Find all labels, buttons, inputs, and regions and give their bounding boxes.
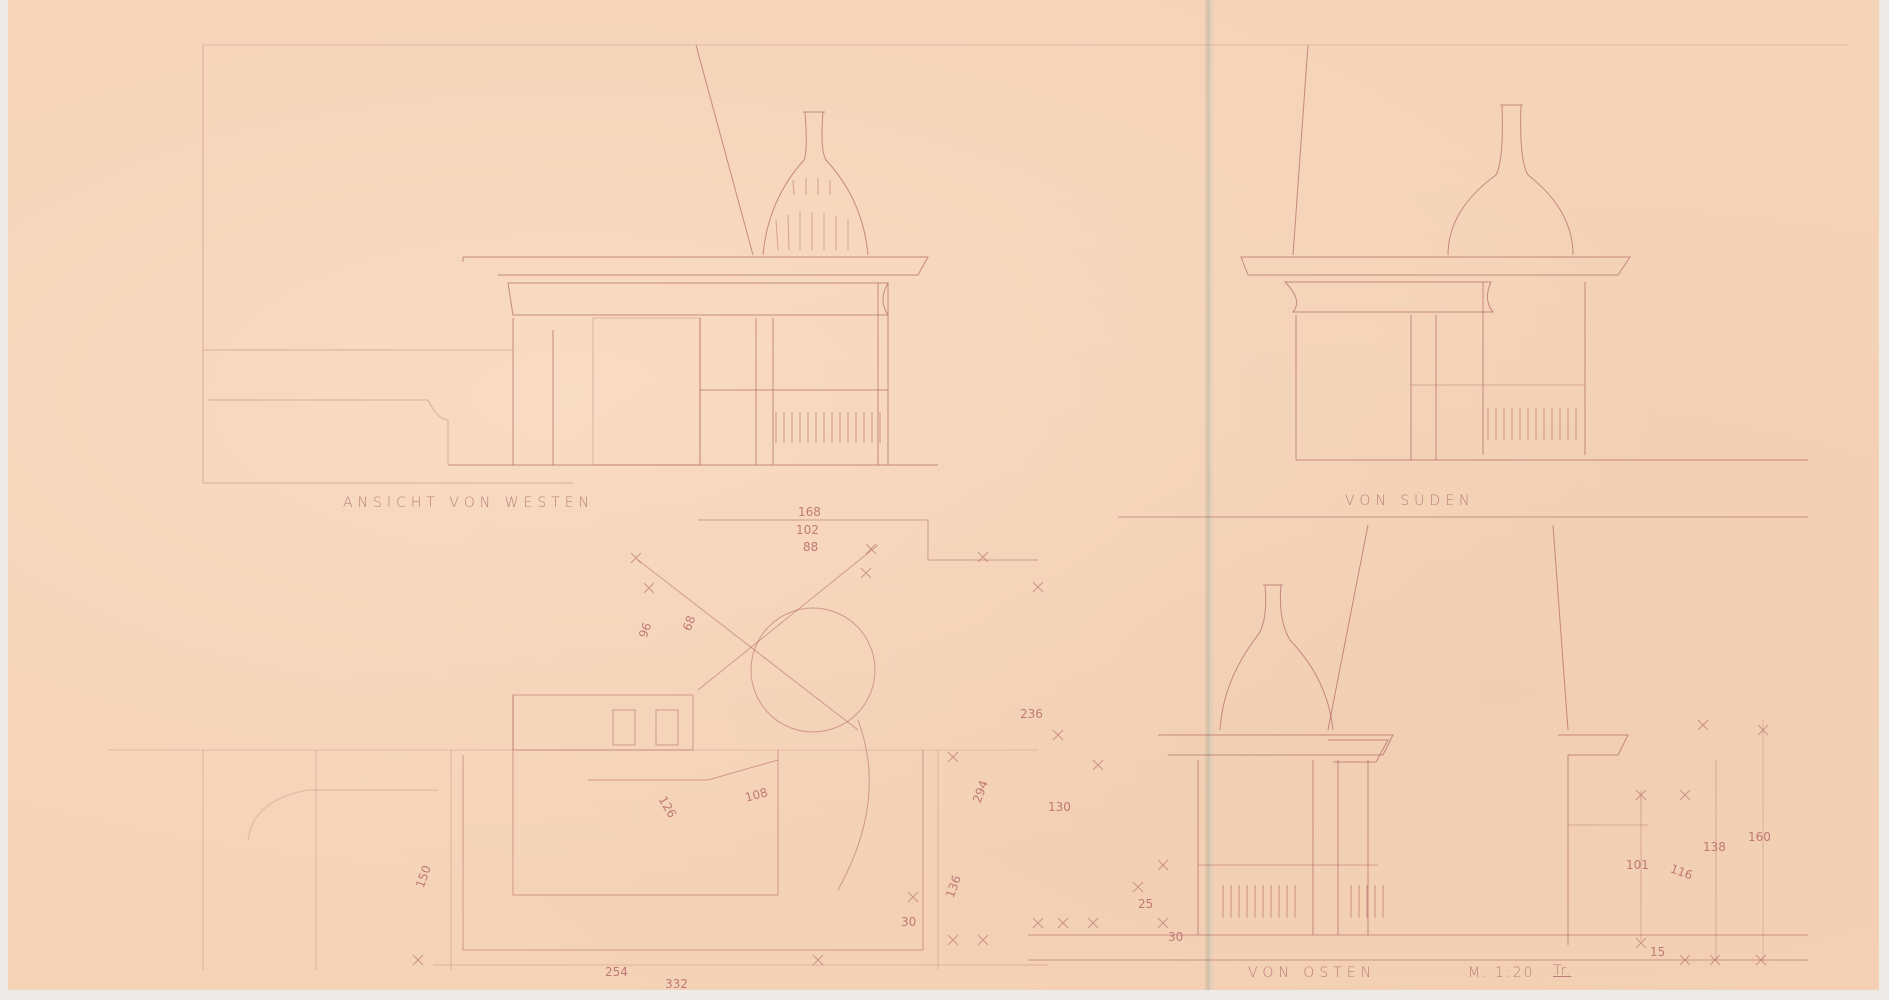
west-elevation	[203, 45, 938, 465]
architectural-drawing	[8, 0, 1879, 990]
initials: Tr.	[1553, 963, 1571, 979]
dim-15: 15	[1650, 945, 1665, 959]
dim-236: 236	[1020, 707, 1043, 721]
dim-332: 332	[665, 977, 688, 991]
dim-102: 102	[796, 523, 819, 537]
south-elevation	[1241, 45, 1808, 460]
view-label-south: VON SÜDEN	[1345, 493, 1475, 509]
dim-130: 130	[1048, 800, 1071, 814]
dim-30-plan: 30	[901, 915, 916, 929]
dim-30: 30	[1168, 930, 1183, 944]
dim-101: 101	[1626, 858, 1649, 872]
east-elevation	[1028, 525, 1808, 960]
scale-label: M. 1:20	[1468, 965, 1534, 981]
view-label-east: VON OSTEN	[1248, 965, 1376, 981]
dim-25: 25	[1138, 897, 1153, 911]
view-label-west: ANSICHT VON WESTEN	[343, 495, 594, 511]
drawing-sheet: ANSICHT VON WESTEN VON SÜDEN VON OSTEN M…	[8, 0, 1879, 990]
floor-plan	[108, 520, 1048, 970]
dim-138: 138	[1703, 840, 1726, 854]
dim-160: 160	[1748, 830, 1771, 844]
dim-88: 88	[803, 540, 818, 554]
dimension-crosses	[413, 544, 1768, 965]
dim-254: 254	[605, 965, 628, 979]
dim-168: 168	[798, 505, 821, 519]
